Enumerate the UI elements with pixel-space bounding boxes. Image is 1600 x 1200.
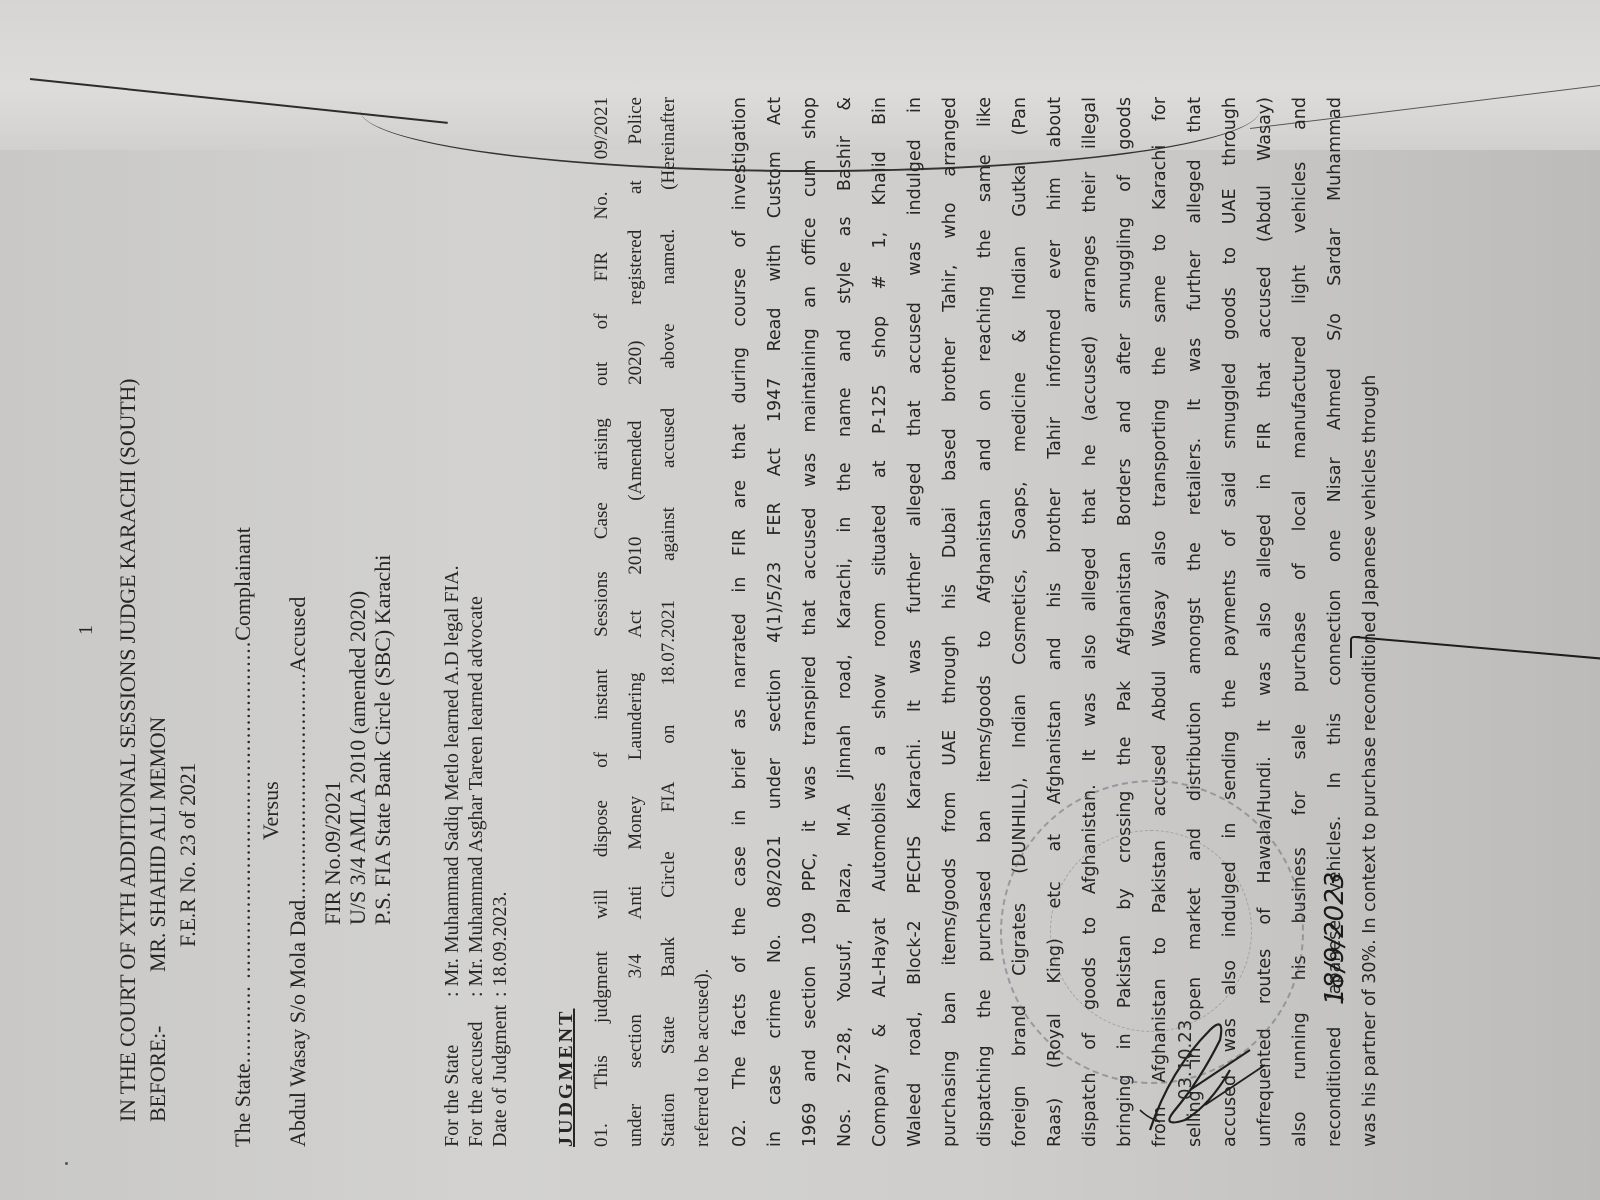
accused-name: Abdul Wasay S/o Mola Dad (285, 900, 310, 1147)
pen-mark (1355, 636, 1600, 661)
fir-sections: U/S 3/4 AMLA 2010 (amended 2020) (345, 591, 371, 925)
judgment-heading: JUDGMENT (555, 1009, 578, 1147)
paragraph-line: Nos. 27-28, Yousuf, Plaza, M.A Jinnah ro… (828, 97, 863, 1147)
paragraph-line: 02.The facts of the case in brief as nar… (723, 97, 758, 1147)
page-number: 1 (75, 625, 98, 635)
paragraph-line: in case crime No. 08/2021 under section … (758, 97, 793, 1147)
accused-role: Accused (285, 597, 310, 673)
paragraph-line: 1969 and section 109 PPC, it was transpi… (793, 97, 828, 1147)
paragraph-number: 01. (585, 1089, 619, 1147)
signature-date: 03.10.23 (1175, 1020, 1196, 1100)
paragraph-line: was his partner of 30%. In context to pu… (1353, 97, 1388, 1147)
court-title: IN THE COURT OF XTH ADDITIONAL SESSIONS … (113, 379, 143, 1122)
versus-label: Versus (258, 781, 284, 840)
counsel-row: Date of Judgment: 18.09.2023. (488, 565, 512, 1147)
paper-speck (65, 1162, 68, 1165)
counsel-row: For the accused: Mr. Muhammad Asghar Tar… (464, 565, 488, 1147)
paragraph-line: Station State Bank Circle FIA on 18.07.2… (652, 97, 686, 1147)
complainant-role: Complainant (230, 527, 255, 641)
judge-name: MR. SHAHID ALI MEMON (145, 717, 170, 972)
handwritten-date: 18/9/2023 (1320, 872, 1350, 1005)
before-label: BEFORE:- (143, 972, 173, 1122)
accused-line: Abdul Wasay S/o Mola Dad................… (285, 597, 311, 1147)
paragraph-01: 01.This judgment will dispose of instant… (585, 97, 719, 1147)
counsel-row: For the State: Mr. Muhammad Sadiq Metlo … (440, 565, 464, 1147)
paragraph-line: purchasing ban items/goods from UAE thro… (933, 97, 968, 1147)
paragraph-number: 02. (723, 1089, 758, 1147)
signature (1130, 1010, 1280, 1140)
paragraph-line: Waleed road, Block-2 PECHS Karachi. It w… (898, 97, 933, 1147)
case-number: F.E.R No. 23 of 2021 (175, 763, 200, 947)
complainant-name: The State (230, 1063, 255, 1147)
paragraph-line: under section 3/4 Anti Money Laundering … (619, 97, 653, 1147)
official-stamp-inner-ring (1050, 830, 1252, 1032)
police-station: P.S. FIA State Bank Circle (SBC) Karachi (370, 555, 396, 925)
paragraph-line: 01.This judgment will dispose of instant… (585, 97, 619, 1147)
paragraph-line: referred to be accused). (686, 97, 720, 1147)
fir-number: FIR No.09/2021 (320, 781, 346, 925)
paragraph-line: Company & AL-Hayat Automobiles a show ro… (863, 97, 898, 1147)
court-heading: IN THE COURT OF XTH ADDITIONAL SESSIONS … (113, 379, 203, 1122)
complainant-line: The State............ ..................… (230, 527, 256, 1147)
counsel-list: For the State: Mr. Muhammad Sadiq Metlo … (440, 565, 512, 1147)
paragraph-line: dispatching the purchased ban items/good… (968, 97, 1003, 1147)
